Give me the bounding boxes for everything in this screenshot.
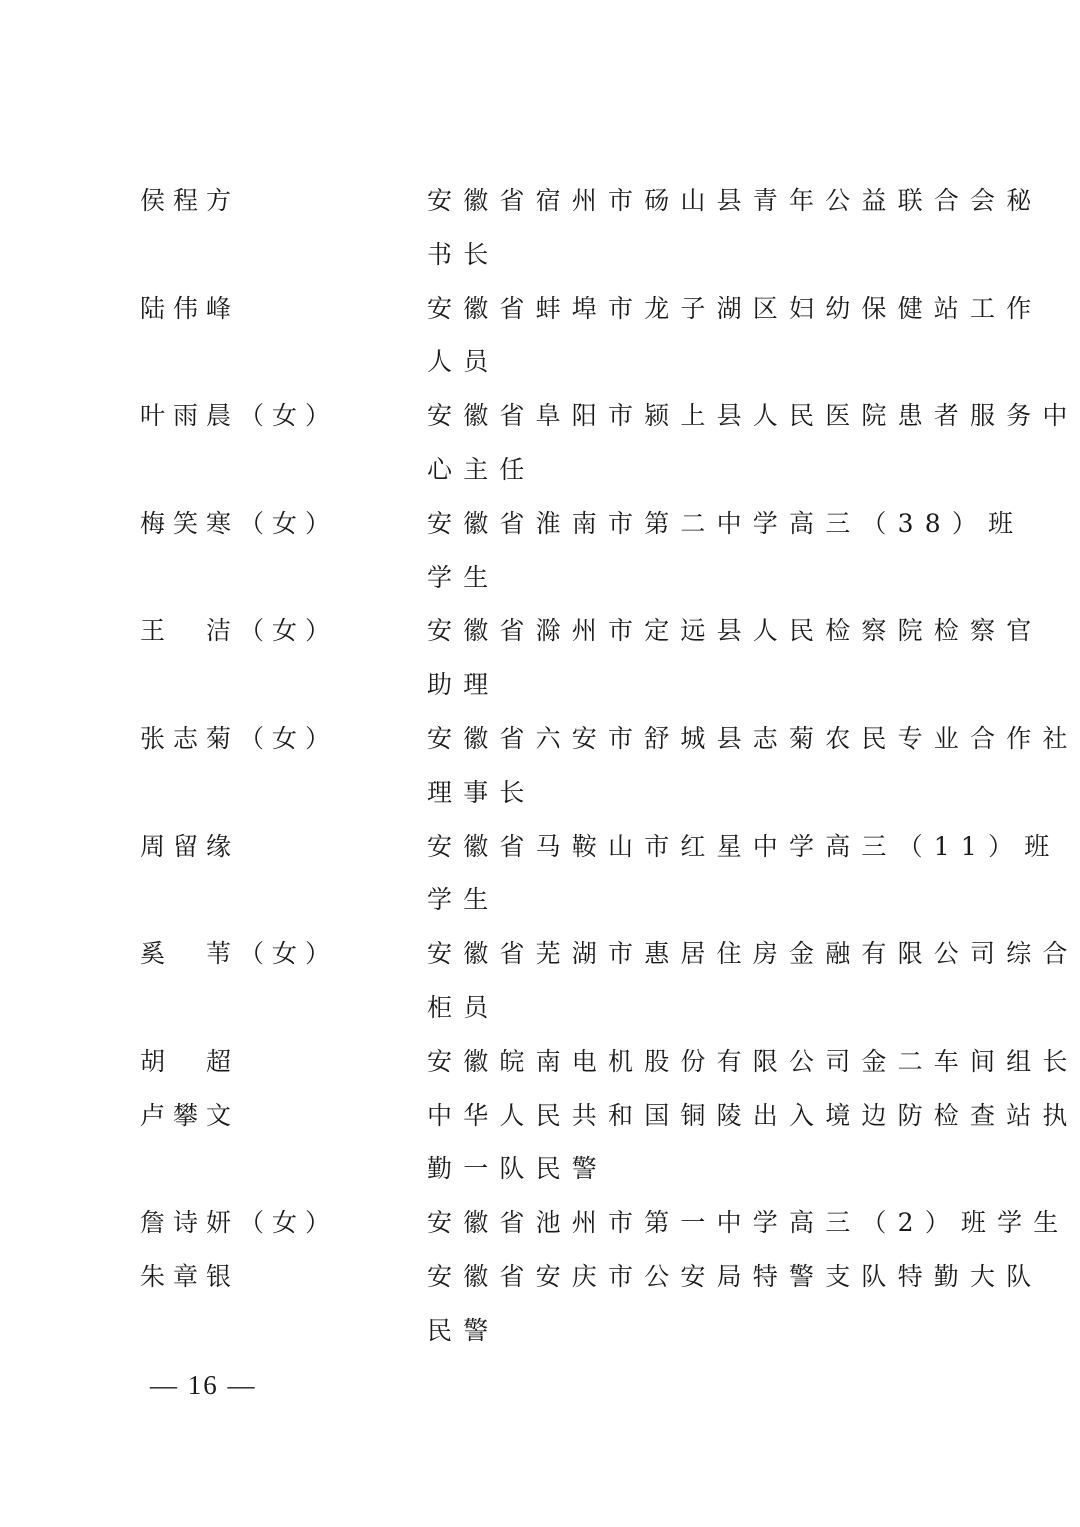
person-affiliation: 安徽省池州市第一中学高三（2）班学生 <box>427 1196 947 1250</box>
affiliation-line: 安徽省蚌埠市龙子湖区妇幼保健站工作 <box>427 282 947 336</box>
person-affiliation: 安徽省马鞍山市红星中学高三（11）班学生 <box>427 820 947 928</box>
affiliation-line: 中华人民共和国铜陵出入境边防检查站执 <box>427 1089 947 1143</box>
person-name: 侯程方 <box>140 174 427 282</box>
person-affiliation: 安徽省滁州市定远县人民检察院检察官助理 <box>427 604 947 712</box>
list-item: 朱章银安徽省安庆市公安局特警支队特勤大队民警 <box>140 1250 940 1358</box>
person-affiliation: 安徽省宿州市砀山县青年公益联合会秘书长 <box>427 174 947 282</box>
person-name: 梅笑寒（女） <box>140 497 427 605</box>
person-name: 陆伟峰 <box>140 282 427 390</box>
affiliation-line: 安徽省宿州市砀山县青年公益联合会秘 <box>427 174 947 228</box>
person-affiliation: 安徽省阜阳市颍上县人民医院患者服务中心主任 <box>427 389 947 497</box>
affiliation-line: 学生 <box>427 873 947 927</box>
affiliation-line: 民警 <box>427 1304 947 1358</box>
list-item: 胡 超安徽皖南电机股份有限公司金二车间组长 <box>140 1035 940 1089</box>
affiliation-line: 安徽省芜湖市惠居住房金融有限公司综合 <box>427 927 947 981</box>
list-item: 叶雨晨（女）安徽省阜阳市颍上县人民医院患者服务中心主任 <box>140 389 940 497</box>
list-item: 张志菊（女）安徽省六安市舒城县志菊农民专业合作社理事长 <box>140 712 940 820</box>
list-item: 周留缘安徽省马鞍山市红星中学高三（11）班学生 <box>140 820 940 928</box>
person-affiliation: 安徽省安庆市公安局特警支队特勤大队民警 <box>427 1250 947 1358</box>
affiliation-line: 安徽省池州市第一中学高三（2）班学生 <box>427 1196 947 1250</box>
person-name: 张志菊（女） <box>140 712 427 820</box>
list-item: 梅笑寒（女）安徽省淮南市第二中学高三（38）班学生 <box>140 497 940 605</box>
page-number: — 16 — <box>150 1370 257 1401</box>
affiliation-line: 安徽省滁州市定远县人民检察院检察官 <box>427 604 947 658</box>
document-page: 侯程方安徽省宿州市砀山县青年公益联合会秘书长陆伟峰安徽省蚌埠市龙子湖区妇幼保健站… <box>0 0 1080 1527</box>
honoree-list: 侯程方安徽省宿州市砀山县青年公益联合会秘书长陆伟峰安徽省蚌埠市龙子湖区妇幼保健站… <box>140 174 940 1358</box>
affiliation-line: 勤一队民警 <box>427 1142 947 1196</box>
list-item: 詹诗妍（女）安徽省池州市第一中学高三（2）班学生 <box>140 1196 940 1250</box>
affiliation-line: 人员 <box>427 335 947 389</box>
affiliation-line: 安徽省淮南市第二中学高三（38）班 <box>427 497 947 551</box>
person-affiliation: 安徽省淮南市第二中学高三（38）班学生 <box>427 497 947 605</box>
person-name: 王 洁（女） <box>140 604 427 712</box>
affiliation-line: 书长 <box>427 228 947 282</box>
affiliation-line: 心主任 <box>427 443 947 497</box>
person-name: 卢攀文 <box>140 1089 427 1197</box>
affiliation-line: 安徽省阜阳市颍上县人民医院患者服务中 <box>427 389 947 443</box>
person-name: 叶雨晨（女） <box>140 389 427 497</box>
affiliation-line: 助理 <box>427 658 947 712</box>
affiliation-line: 安徽省马鞍山市红星中学高三（11）班 <box>427 820 947 874</box>
person-affiliation: 安徽省蚌埠市龙子湖区妇幼保健站工作人员 <box>427 282 947 390</box>
person-name: 胡 超 <box>140 1035 427 1089</box>
list-item: 奚 苇（女）安徽省芜湖市惠居住房金融有限公司综合柜员 <box>140 927 940 1035</box>
list-item: 王 洁（女）安徽省滁州市定远县人民检察院检察官助理 <box>140 604 940 712</box>
person-name: 朱章银 <box>140 1250 427 1358</box>
affiliation-line: 安徽省安庆市公安局特警支队特勤大队 <box>427 1250 947 1304</box>
person-name: 周留缘 <box>140 820 427 928</box>
affiliation-line: 理事长 <box>427 766 947 820</box>
person-affiliation: 安徽皖南电机股份有限公司金二车间组长 <box>427 1035 947 1089</box>
affiliation-line: 安徽皖南电机股份有限公司金二车间组长 <box>427 1035 947 1089</box>
person-affiliation: 安徽省芜湖市惠居住房金融有限公司综合柜员 <box>427 927 947 1035</box>
affiliation-line: 柜员 <box>427 981 947 1035</box>
list-item: 陆伟峰安徽省蚌埠市龙子湖区妇幼保健站工作人员 <box>140 282 940 390</box>
list-item: 侯程方安徽省宿州市砀山县青年公益联合会秘书长 <box>140 174 940 282</box>
person-name: 詹诗妍（女） <box>140 1196 427 1250</box>
affiliation-line: 学生 <box>427 551 947 605</box>
person-affiliation: 中华人民共和国铜陵出入境边防检查站执勤一队民警 <box>427 1089 947 1197</box>
affiliation-line: 安徽省六安市舒城县志菊农民专业合作社 <box>427 712 947 766</box>
person-affiliation: 安徽省六安市舒城县志菊农民专业合作社理事长 <box>427 712 947 820</box>
person-name: 奚 苇（女） <box>140 927 427 1035</box>
list-item: 卢攀文中华人民共和国铜陵出入境边防检查站执勤一队民警 <box>140 1089 940 1197</box>
